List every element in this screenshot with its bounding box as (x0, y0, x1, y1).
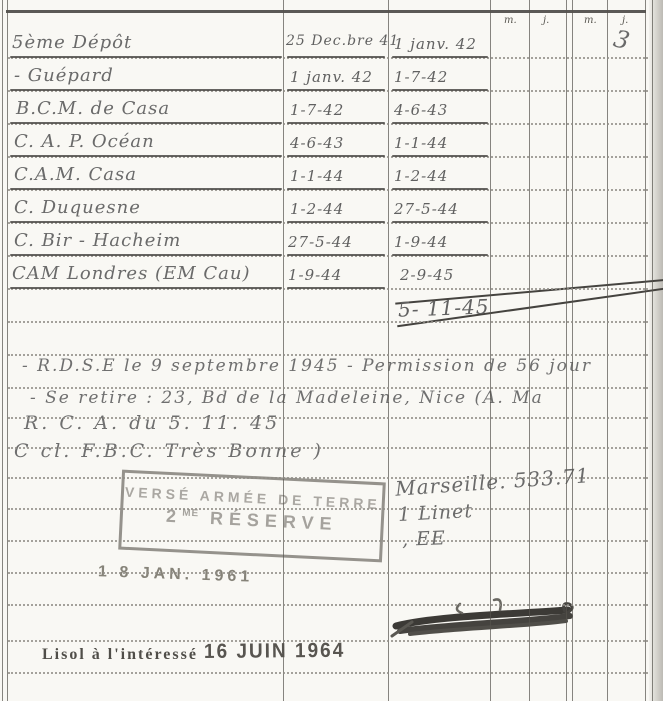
army-reserve-stamp: VERSÉ ARMÉE DE TERRE 2ME RÉSERVE (118, 470, 386, 563)
ink-underline (287, 122, 385, 124)
note-linet: 1 Linet (397, 500, 473, 526)
column-header-days-2: j. (622, 15, 628, 26)
ink-underline (10, 122, 282, 124)
row-date-to: 5- 11-45 (398, 294, 490, 321)
ink-underline (287, 188, 385, 190)
vertical-rule-line (652, 0, 653, 701)
vertical-rule-line (283, 0, 284, 701)
row-date-to-crossed-out: 2-9-45 (400, 266, 663, 284)
row-date-from: 25 Dec.bre 41 (286, 33, 399, 49)
date-stamp-jan-1961: 1 8 JAN. 1961 (98, 563, 254, 586)
row-date-to: 1-2-44 (394, 167, 448, 185)
horizontal-rule-line (8, 387, 648, 389)
ink-underline (392, 221, 488, 223)
row-date-from: 1 janv. 42 (290, 68, 373, 86)
note-ee: , EE (402, 527, 447, 551)
ink-underline (10, 56, 282, 58)
note-marseille: Marseille. 533.71 (394, 463, 590, 501)
row-date-to: 1-7-42 (394, 68, 448, 86)
ink-underline (287, 89, 385, 91)
note-rdse: - R.D.S.E le 9 septembre 1945 - Permissi… (22, 356, 592, 376)
horizontal-rule-line (8, 572, 648, 574)
row-unit: C. A. P. Océan (14, 131, 155, 152)
row-date-to: 4-6-43 (394, 101, 448, 119)
ink-underline (392, 254, 488, 256)
ink-underline (10, 254, 282, 256)
column-header-days-1: j. (543, 15, 549, 26)
date-stamp-juin-1964: 16 JUIN 1964 (204, 640, 345, 665)
row-unit: C.A.M. Casa (14, 164, 137, 185)
column-header-months-2: m. (584, 15, 597, 26)
horizontal-rule-line (8, 540, 648, 542)
horizontal-rule-line (8, 321, 648, 323)
ink-underline (10, 287, 282, 289)
row-unit: C. Bir - Hacheim (14, 230, 181, 251)
horizontal-rule-line (8, 477, 648, 479)
horizontal-rule-line (8, 640, 648, 642)
ink-underline (287, 56, 385, 58)
row-date-to: 27-5-44 (394, 200, 459, 218)
vertical-rule-line (572, 0, 573, 701)
ink-underline (287, 287, 385, 289)
column-header-months-1: m. (504, 15, 517, 26)
row-unit: - Guépard (14, 65, 114, 86)
ink-underline (10, 221, 282, 223)
scribble-redaction (390, 592, 580, 640)
horizontal-rule-line (8, 417, 648, 419)
row-date-from: 4-6-43 (290, 134, 344, 152)
ink-underline (392, 155, 488, 157)
horizontal-rule-line (8, 672, 648, 674)
ink-underline (287, 155, 385, 157)
ink-underline (287, 221, 385, 223)
vertical-rule-line (566, 0, 567, 701)
row-unit: CAM Londres (EM Cau) (12, 263, 250, 284)
horizontal-rule-line (8, 354, 648, 356)
ink-underline (392, 122, 488, 124)
table-top-border (6, 10, 646, 13)
row-date-from: 1-9-44 (288, 266, 342, 284)
note-rca: R. C. A. du 5. 11. 45 (24, 412, 280, 434)
ink-underline (392, 56, 488, 58)
row-date-from: 1-2-44 (290, 200, 344, 218)
ink-underline (10, 155, 282, 157)
vertical-rule-line (388, 0, 389, 701)
ink-underline (392, 188, 488, 190)
vertical-rule-line (607, 0, 608, 701)
note-address: - Se retire : 23, Bd de la Madeleine, Ni… (30, 388, 544, 408)
scanned-military-record-page: m. j. m. j. 3 5ème Dépôt 25 Dec.bre 41 1… (0, 0, 663, 701)
row-date-to: 1-1-44 (394, 134, 448, 152)
row-date-to: 1 janv. 42 (394, 35, 477, 53)
row-date-from: 1-1-44 (290, 167, 344, 185)
row-unit: B.C.M. de Casa (16, 98, 170, 119)
horizontal-rule-line (8, 604, 648, 606)
row-date-from: 27-5-44 (288, 233, 353, 251)
row-date-from: 1-7-42 (290, 101, 344, 119)
row-unit: C. Duquesne (14, 197, 141, 218)
vertical-rule-line (529, 0, 530, 701)
note-conduite: C cl. F.B.C. Très Bonne ) (14, 440, 324, 462)
ink-underline (10, 188, 282, 190)
notice-stamp: Lisol à l'intéressé (42, 646, 198, 664)
ink-underline (392, 89, 488, 91)
horizontal-rule-line (8, 508, 648, 510)
handwritten-mark: 3 (611, 24, 634, 55)
vertical-rule-line (2, 0, 3, 701)
ink-underline (10, 89, 282, 91)
ink-underline (287, 254, 385, 256)
row-unit: 5ème Dépôt (12, 32, 132, 53)
vertical-rule-line (645, 0, 646, 701)
vertical-rule-line (7, 0, 8, 701)
horizontal-rule-line (8, 447, 648, 449)
row-date-to: 1-9-44 (394, 233, 448, 251)
vertical-rule-line (490, 0, 491, 701)
